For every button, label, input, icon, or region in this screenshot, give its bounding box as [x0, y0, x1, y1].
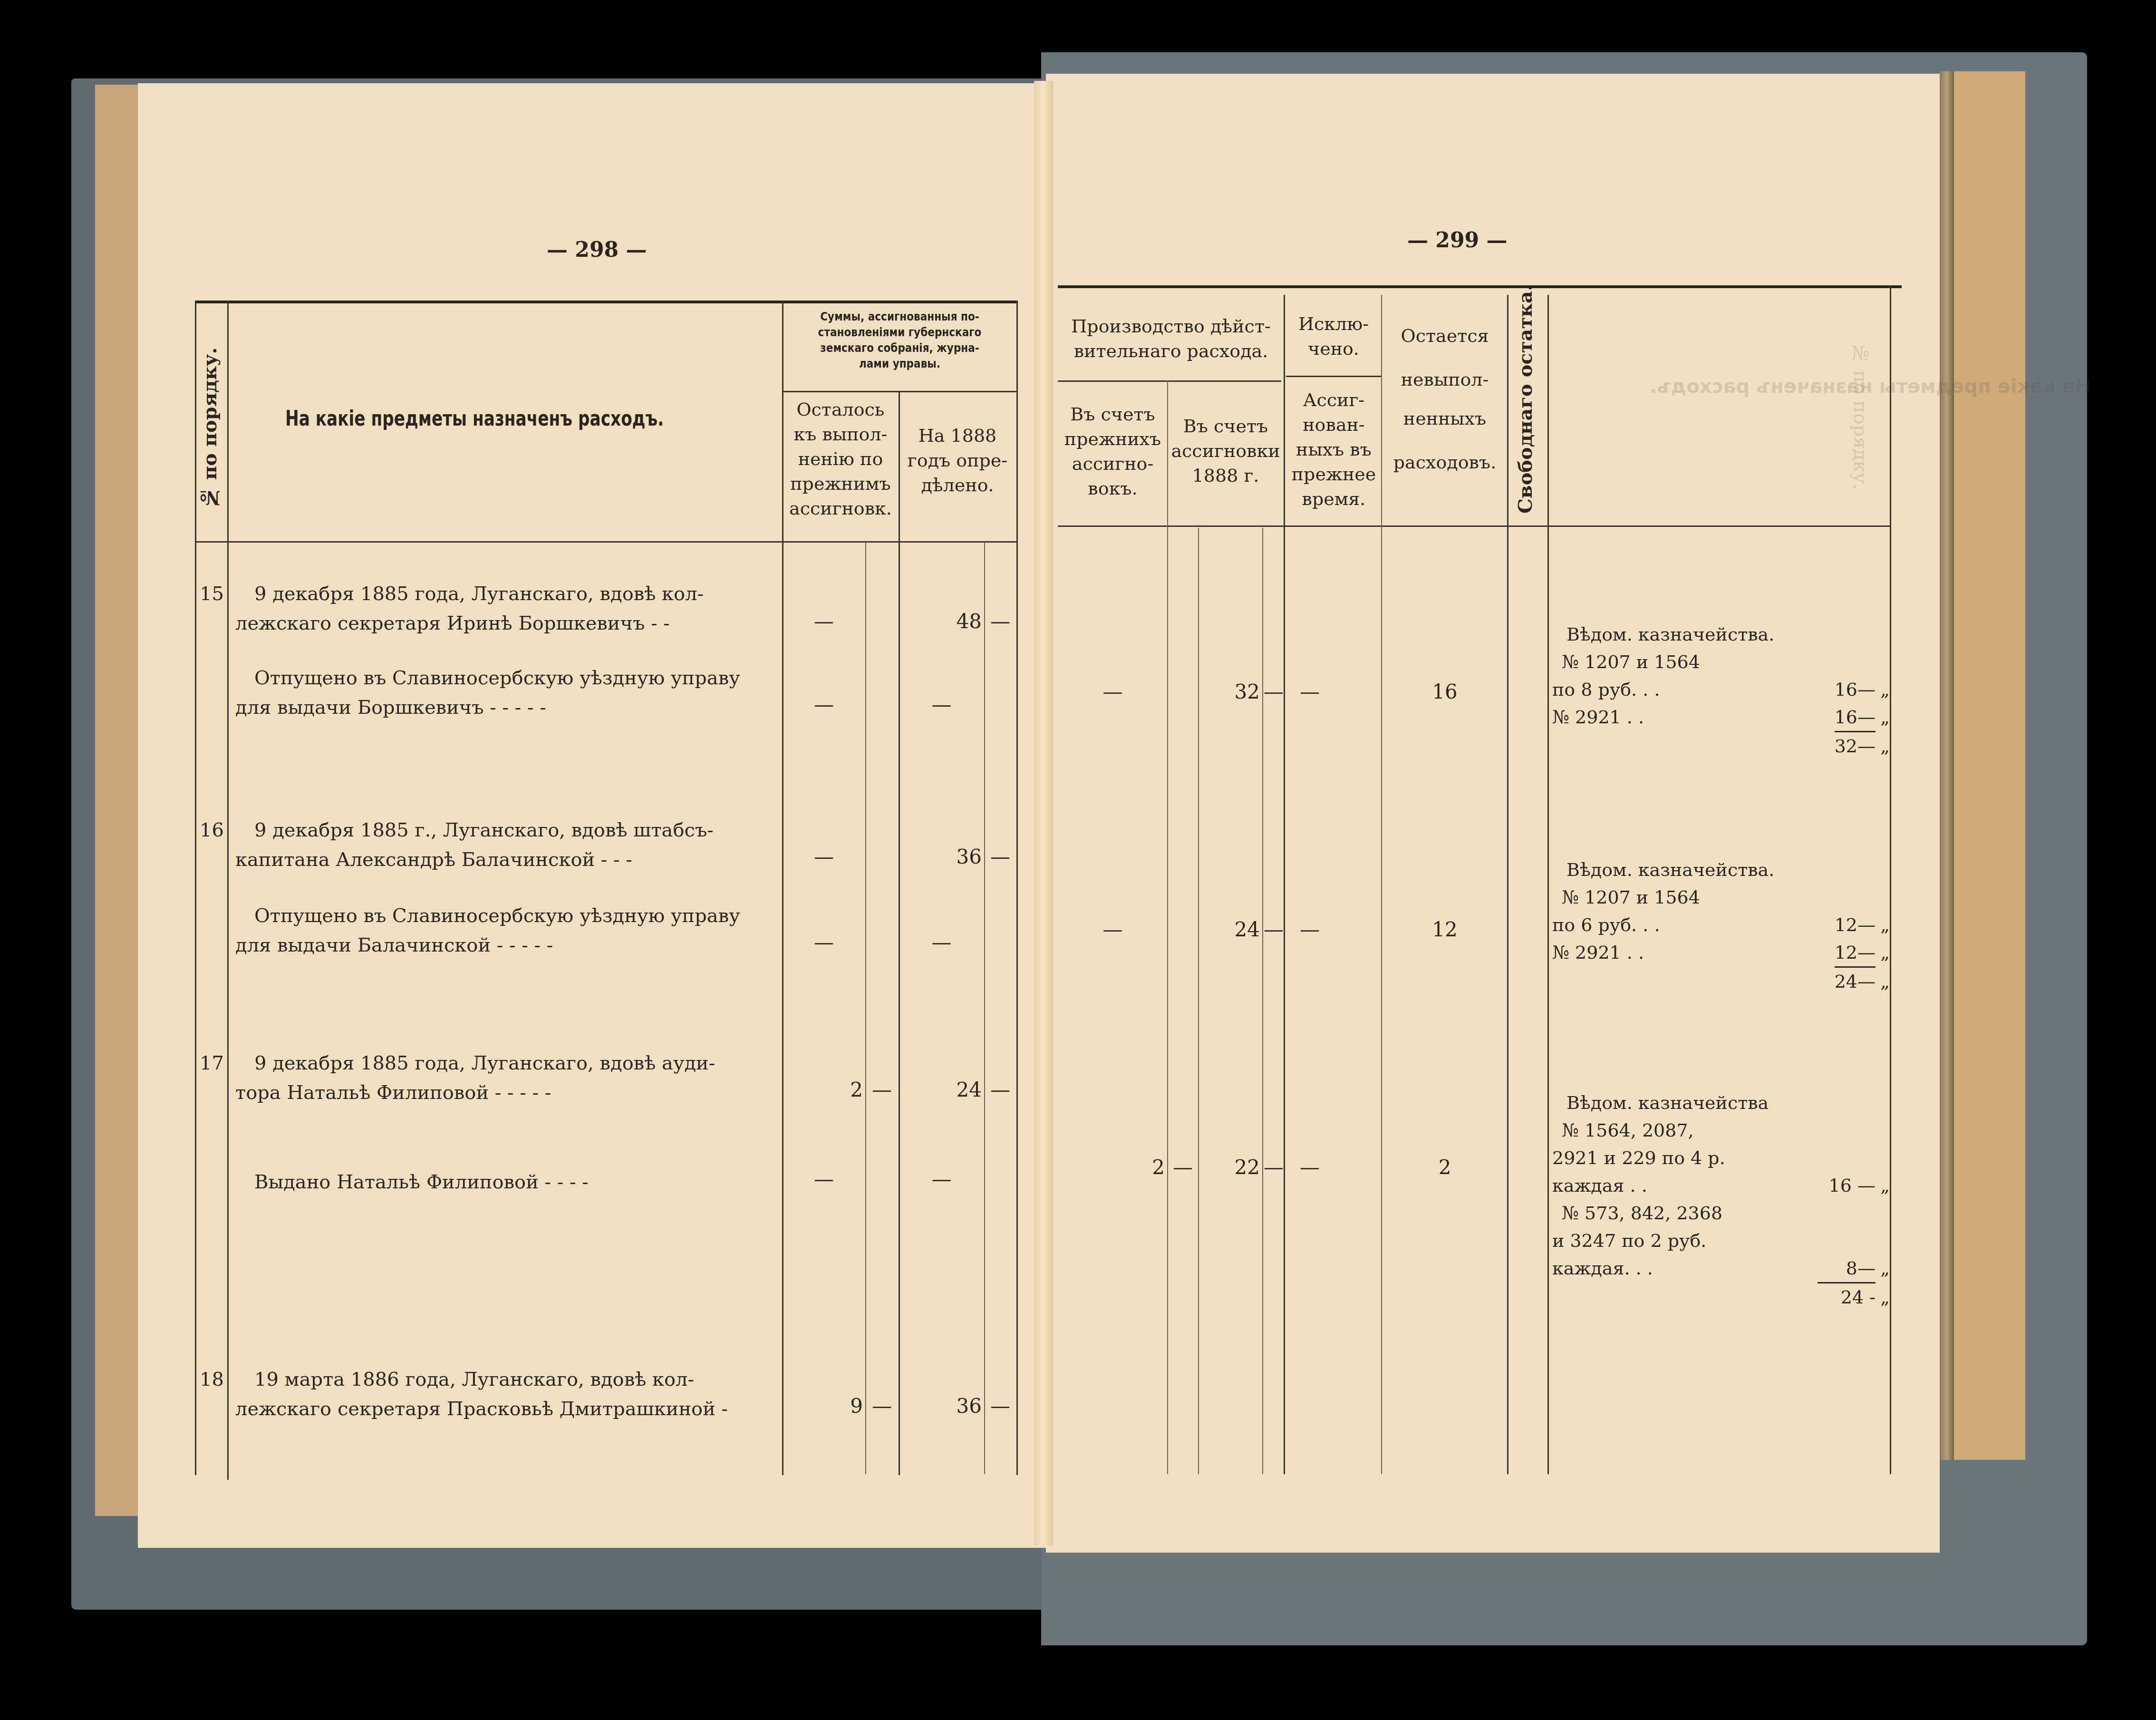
cell-remaining: 9	[784, 1394, 863, 1418]
bleed-through-col: № по порядку.	[1849, 342, 1871, 490]
page-edges-left	[95, 85, 138, 1516]
production-header-rule	[1058, 380, 1281, 382]
row-number: 17	[200, 1049, 224, 1078]
page-stack-edge	[1940, 71, 1954, 1460]
cell-1888-kop: —	[985, 1394, 1015, 1418]
header-col-free: Свободнаго остатка.	[1514, 295, 1537, 514]
header-col-group: Суммы, ассигнованныя по- становленіями г…	[784, 309, 1015, 372]
endpaper	[1954, 71, 2025, 1460]
cell-1888: 22	[1170, 1156, 1260, 1179]
col-kop-divider	[1262, 528, 1263, 1474]
header-col-1888: Въ счетъ ассигновки 1888 г.	[1169, 414, 1283, 488]
page-number-left: — 298 —	[547, 238, 647, 262]
cell-1888-kop: —	[985, 610, 1015, 633]
cell-1888: —	[900, 1167, 983, 1191]
cell-1888: 32	[1170, 680, 1260, 703]
cell-prev: 2	[1059, 1156, 1165, 1179]
cell-1888: —	[900, 693, 983, 716]
cell-remaining: —	[783, 693, 864, 716]
note-total: 24—	[1835, 968, 1876, 995]
row-text: 19 марта 1886 года, Луганскаго, вдовѣ ко…	[235, 1365, 780, 1424]
col-divider-1888	[1284, 295, 1285, 1474]
table-top-rule	[1058, 285, 1902, 288]
header-col-prev: Въ счетъ прежнихъ ассигно- вокъ.	[1059, 402, 1166, 501]
cell-remaining: —	[783, 610, 864, 633]
col-divider-excluded	[1381, 295, 1382, 1474]
cell-1888-kop: —	[1264, 918, 1284, 941]
header-bottom-rule	[195, 541, 1017, 543]
table-right-border	[1890, 285, 1891, 1474]
cell-prev: —	[1059, 680, 1166, 703]
cell-remaining-kop: —	[866, 1394, 898, 1418]
row-number: 16	[200, 816, 224, 845]
col-divider-free	[1547, 295, 1549, 1474]
cell-1888: 24	[903, 1078, 982, 1101]
cell-1888: —	[900, 931, 983, 954]
cell-remaining: 2	[784, 1078, 863, 1101]
row-text: Выдано Натальѣ Филиповой - - - -	[254, 1167, 780, 1197]
header-col-production: Производство дѣйст- вительнаго расхода.	[1059, 314, 1283, 363]
cell-remaining: —	[783, 1167, 864, 1191]
col-divider-no	[227, 301, 229, 1480]
note-total: 32—	[1835, 732, 1876, 760]
col-divider-unfulfilled	[1507, 295, 1508, 1474]
cell-remaining: —	[783, 931, 864, 954]
cell-1888-kop: —	[985, 1078, 1015, 1101]
cell-remaining-kop: —	[866, 1078, 898, 1101]
cell-1888: 36	[903, 845, 982, 868]
cell-remaining: —	[783, 845, 864, 868]
cell-1888-kop: —	[1264, 1156, 1284, 1179]
table-right-border	[1016, 301, 1018, 1475]
cell-excluded: —	[1286, 918, 1334, 941]
row-text: Отпущено въ Славиносербскую уѣздную упра…	[235, 901, 780, 960]
header-col-excluded: Исклю- чено.	[1286, 311, 1381, 361]
row-text: 9 декабря 1885 года, Луганскаго, вдовѣ к…	[235, 579, 780, 638]
treasury-note: Вѣдом. казначейства № 1564, 2087, 2921 и…	[1552, 1089, 1890, 1311]
book-gutter	[1034, 81, 1053, 1545]
row-number: 18	[200, 1365, 224, 1394]
treasury-note: Вѣдом. казначейства. № 1207 и 1564 по 8 …	[1552, 621, 1890, 760]
cell-unfulfilled: 2	[1383, 1156, 1506, 1179]
row-text: 9 декабря 1885 г., Луганскаго, вдовѣ шта…	[235, 816, 780, 875]
cell-unfulfilled: 12	[1383, 918, 1506, 941]
cell-excluded: —	[1286, 1156, 1334, 1179]
cell-1888: 36	[903, 1394, 982, 1418]
treasury-note: Вѣдом. казначейства. № 1207 и 1564 по 6 …	[1552, 856, 1890, 995]
cell-1888: 24	[1170, 918, 1260, 941]
header-col-assigned: Ассиг- нован- ныхъ въ прежнее время.	[1287, 388, 1380, 511]
header-col-subject: На какіе предметы назначенъ расходъ.	[285, 407, 664, 431]
row-text: Отпущено въ Славиносербскую уѣздную упра…	[235, 663, 780, 722]
cell-1888: 48	[903, 610, 982, 633]
header-col-unfulfilled: Остается невыпол- ненныхъ расходовъ.	[1383, 323, 1506, 475]
header-col-remaining: Осталось къ выпол- ненію по прежнимъ асс…	[783, 397, 898, 521]
col-kop-divider-2	[984, 542, 985, 1474]
row-text: 9 декабря 1885 года, Луганскаго, вдовѣ а…	[235, 1049, 780, 1108]
note-total: 24 -	[1841, 1283, 1876, 1311]
cell-excluded: —	[1286, 680, 1334, 703]
row-number: 15	[200, 579, 224, 609]
col-kop-divider-1	[865, 542, 866, 1474]
excluded-header-rule	[1286, 376, 1381, 377]
cell-1888-kop: —	[985, 845, 1015, 868]
header-bottom-rule	[1058, 525, 1890, 527]
table-left-border	[195, 301, 196, 1475]
table-top-rule	[195, 301, 1017, 303]
header-col-number: № по порядку.	[199, 328, 221, 528]
cell-1888-kop: —	[1264, 680, 1284, 703]
col-kop-divider	[1198, 528, 1199, 1474]
page-299	[1046, 74, 1940, 1553]
cell-prev: —	[1059, 918, 1166, 941]
col-divider-prev	[1167, 380, 1168, 1474]
cell-unfulfilled: 16	[1383, 680, 1506, 703]
header-col-1888: На 1888 годъ опре- дѣлено.	[900, 423, 1015, 497]
page-number-right: — 299 —	[1407, 228, 1507, 253]
